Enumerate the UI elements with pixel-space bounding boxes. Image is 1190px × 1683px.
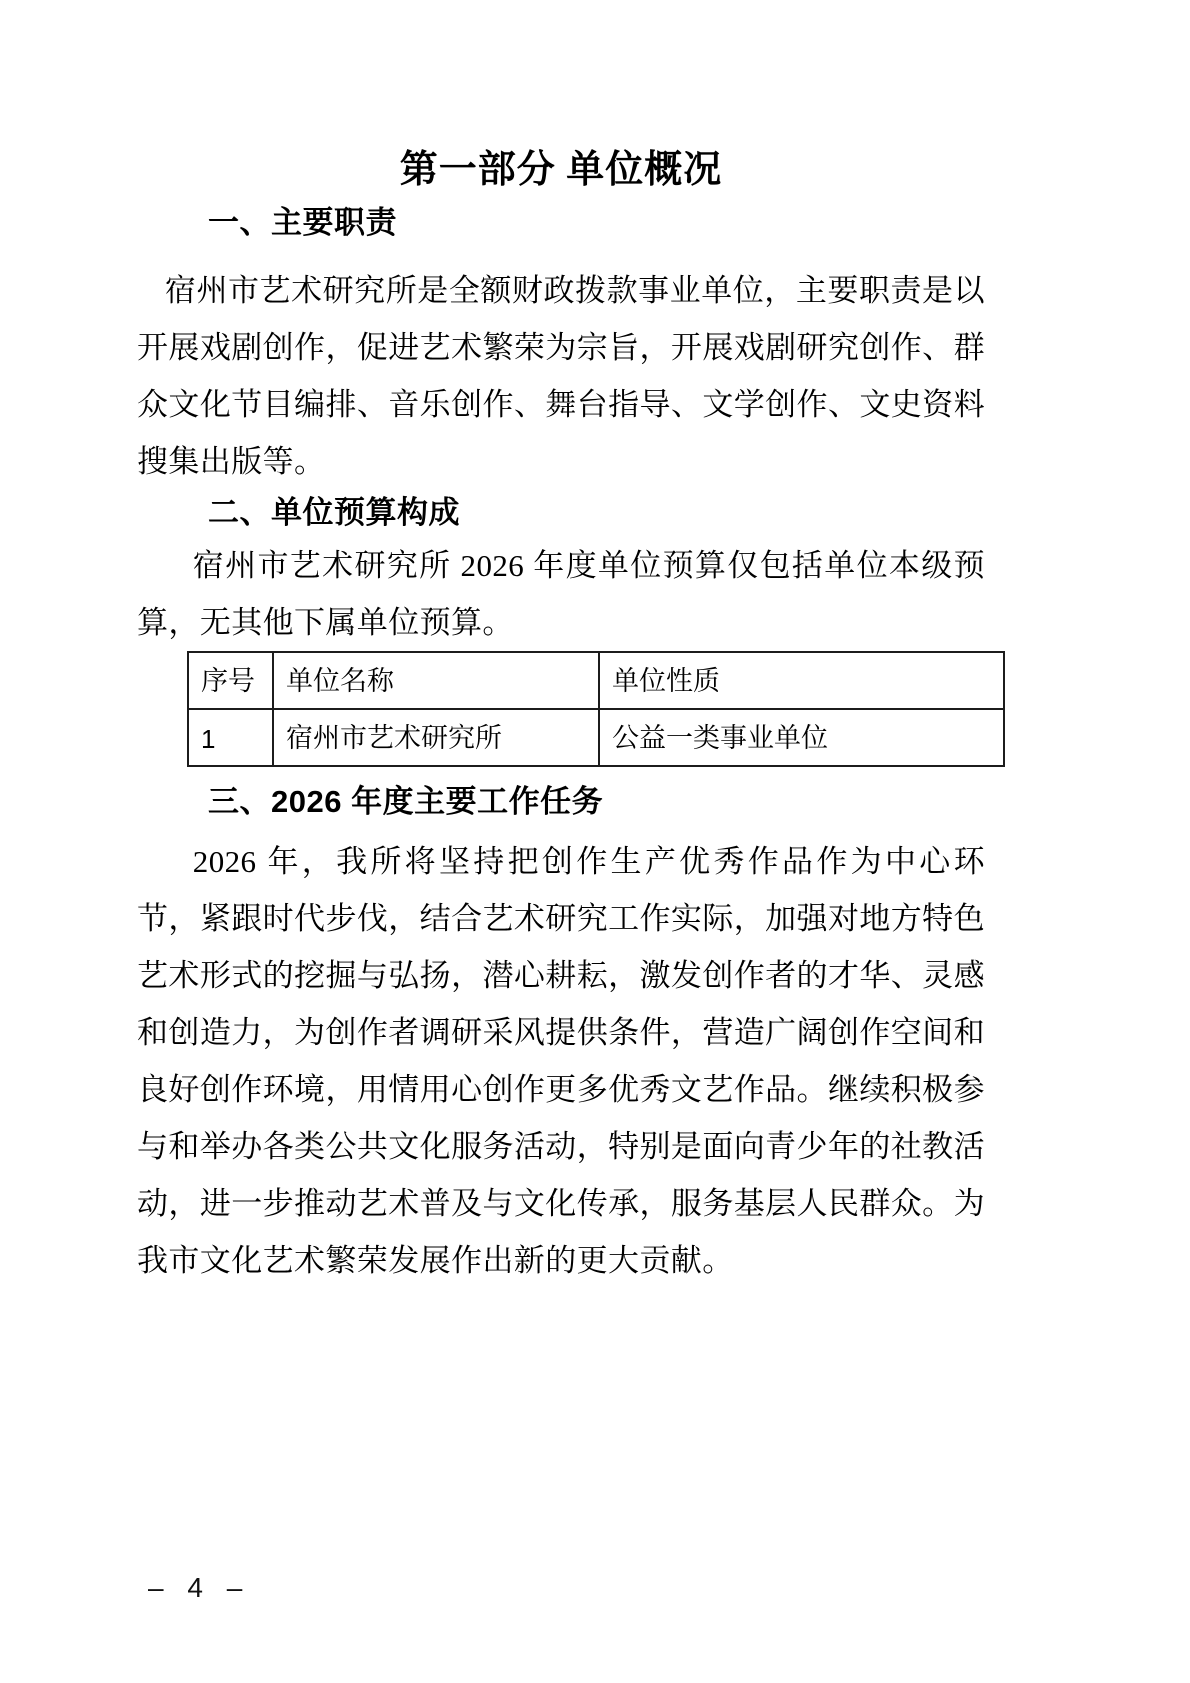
document-title: 第一部分 单位概况: [137, 146, 985, 194]
document-page: 第一部分 单位概况 一、主要职责 宿州市艺术研究所是全额财政拨款事业单位，主要职…: [0, 0, 1190, 1683]
section-heading-main-duties: 一、主要职责: [137, 200, 985, 245]
table-header-unit-name: 单位名称: [273, 652, 599, 709]
table-cell-seq: 1: [188, 709, 273, 766]
paragraph-work-tasks: 2026 年，我所将坚持把创作生产优秀作品作为中心环节，紧跟时代步伐，结合艺术研…: [137, 833, 985, 1289]
document-content: 第一部分 单位概况 一、主要职责 宿州市艺术研究所是全额财政拨款事业单位，主要职…: [137, 0, 985, 1289]
paragraph-budget-composition: 宿州市艺术研究所 2026 年度单位预算仅包括单位本级预算，无其他下属单位预算。: [137, 537, 985, 651]
table-cell-unit-type: 公益一类事业单位: [599, 709, 1004, 766]
table-cell-unit-name: 宿州市艺术研究所: [273, 709, 599, 766]
table-row: 1 宿州市艺术研究所 公益一类事业单位: [188, 709, 1004, 766]
section-heading-work-tasks: 三、2026 年度主要工作任务: [137, 779, 985, 824]
section-heading-budget-composition: 二、单位预算构成: [137, 490, 985, 535]
page-number: – 4 –: [148, 1572, 348, 1604]
paragraph-main-duties: 宿州市艺术研究所是全额财政拨款事业单位，主要职责是以开展戏剧创作，促进艺术繁荣为…: [137, 262, 985, 490]
table-header-seq: 序号: [188, 652, 273, 709]
table-header-row: 序号 单位名称 单位性质: [188, 652, 1004, 709]
table-header-unit-type: 单位性质: [599, 652, 1004, 709]
budget-unit-table: 序号 单位名称 单位性质 1 宿州市艺术研究所 公益一类事业单位: [187, 651, 1005, 767]
